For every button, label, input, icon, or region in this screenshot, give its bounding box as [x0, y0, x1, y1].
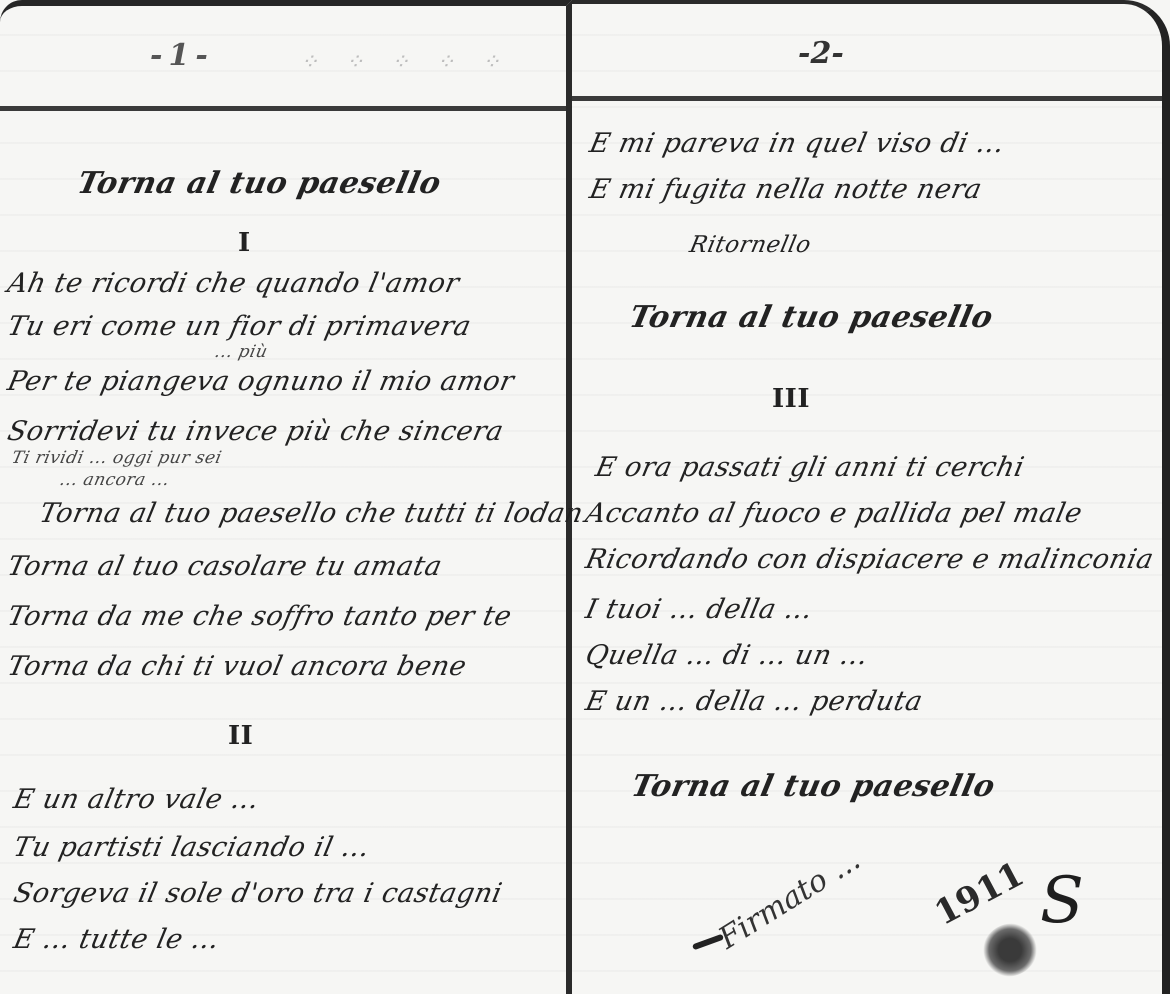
verse-line: E un ... della ... perduta — [583, 686, 926, 717]
left-page: -1- ⁘ ⁘ ⁘ ⁘ ⁘ Torna al tuo paesello I Ah… — [0, 0, 572, 994]
verse-line: Per te piangeva ognuno il mio amor — [5, 366, 517, 397]
verse-line: Torna al tuo casolare tu amata — [5, 551, 445, 582]
section-numeral-ii: II — [228, 721, 253, 751]
verse-line: Tu eri come un fior di primavera — [5, 311, 474, 342]
faint-header-marks: ⁘ ⁘ ⁘ ⁘ ⁘ — [300, 50, 510, 75]
right-page: -2- E mi pareva in quel viso di ... E mi… — [572, 0, 1170, 994]
verse-line: Accanto al fuoco e pallida pel male — [583, 498, 1086, 529]
signature-monogram: S — [1040, 864, 1084, 938]
left-page-title: Torna al tuo paesello — [74, 166, 444, 201]
verse-line: Torna da me che soffro tanto per te — [5, 601, 515, 632]
left-page-number: -1- — [150, 38, 214, 73]
ink-stamp-icon — [973, 913, 1047, 986]
manuscript-scan: -1- ⁘ ⁘ ⁘ ⁘ ⁘ Torna al tuo paesello I Ah… — [0, 0, 1170, 994]
verse-line: Tu partisti lasciando il ... — [11, 832, 373, 863]
right-page-number: -2- — [798, 36, 844, 71]
author-signature: Firmato ... — [713, 842, 867, 956]
closing-refrain: Torna al tuo paesello — [628, 769, 998, 804]
left-page-header: -1- ⁘ ⁘ ⁘ ⁘ ⁘ — [0, 6, 566, 111]
verse-line: Torna al tuo paesello che tutti ti lodan — [37, 498, 586, 529]
verse-line: E mi pareva in quel viso di ... — [587, 128, 1008, 159]
verse-line: E ... tutte le ... — [11, 924, 223, 955]
verse-line: ... ancora ... — [58, 470, 172, 490]
verse-line: E ora passati gli anni ti cerchi — [593, 452, 1027, 483]
signature-year: 1911 — [928, 854, 1030, 934]
verse-line: Ti rividi ... oggi pur sei — [10, 448, 224, 468]
verse-line: I tuoi ... della ... — [583, 594, 816, 625]
section-numeral-i: I — [238, 228, 251, 258]
ink-blot — [692, 934, 724, 951]
refrain-line: Torna al tuo paesello — [626, 300, 996, 335]
refrain-label: Ritornello — [687, 232, 813, 258]
verse-line: E mi fugita nella notte nera — [587, 174, 985, 205]
right-page-header: -2- — [572, 4, 1162, 101]
verse-line: Sorgeva il sole d'oro tra i castagni — [11, 878, 505, 909]
verse-line: Ricordando con dispiacere e malinconia — [583, 544, 1157, 575]
verse-line: Quella ... di ... un ... — [583, 640, 871, 671]
verse-line: E un altro vale ... — [11, 784, 262, 815]
verse-line: Sorridevi tu invece più che sincera — [5, 416, 507, 447]
verse-line: Torna da chi ti vuol ancora bene — [5, 651, 470, 682]
verse-line: Ah te ricordi che quando l'amor — [5, 268, 463, 299]
interlinear-insert: ... più — [213, 342, 270, 362]
section-numeral-iii: III — [772, 384, 810, 414]
